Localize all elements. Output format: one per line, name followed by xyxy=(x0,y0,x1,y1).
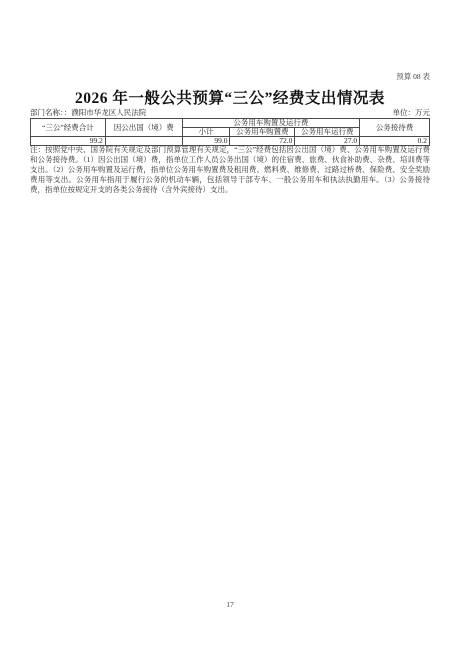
header-abroad: 因公出国（境）费 xyxy=(105,119,182,137)
header-total: “三公”经费合计 xyxy=(31,119,106,137)
explanatory-notes: 注：按照党中央、国务院有关规定及部门预算管理有关规定，“三公”经费包括因公出国（… xyxy=(30,145,430,195)
department-name-label: 部门名称：：濮阳市华龙区人民法院 xyxy=(30,108,146,117)
unit-label: 单位：万元 xyxy=(393,108,431,117)
page-title: 2026 年一般公共预算“三公”经费支出情况表 xyxy=(0,86,460,108)
table-header-row-1: “三公”经费合计 因公出国（境）费 公务用车购置及运行费 公务接待费 xyxy=(31,119,430,128)
header-reception: 公务接待费 xyxy=(360,119,430,137)
form-number-label: 预算 08 表 xyxy=(396,72,430,81)
header-vehicle-operation: 公务用车运行费 xyxy=(295,128,360,137)
meta-row: 部门名称：：濮阳市华龙区人民法院 单位：万元 xyxy=(30,108,430,117)
three-public-expense-table: “三公”经费合计 因公出国（境）费 公务用车购置及运行费 公务接待费 小计 公务… xyxy=(30,118,430,146)
header-vehicle-purchase: 公务用车购置费 xyxy=(230,128,295,137)
header-vehicle-group: 公务用车购置及运行费 xyxy=(182,119,360,128)
page-number: 17 xyxy=(0,600,460,609)
header-vehicle-subtotal: 小计 xyxy=(182,128,230,137)
document-page: 预算 08 表 2026 年一般公共预算“三公”经费支出情况表 部门名称：：濮阳… xyxy=(0,0,460,650)
